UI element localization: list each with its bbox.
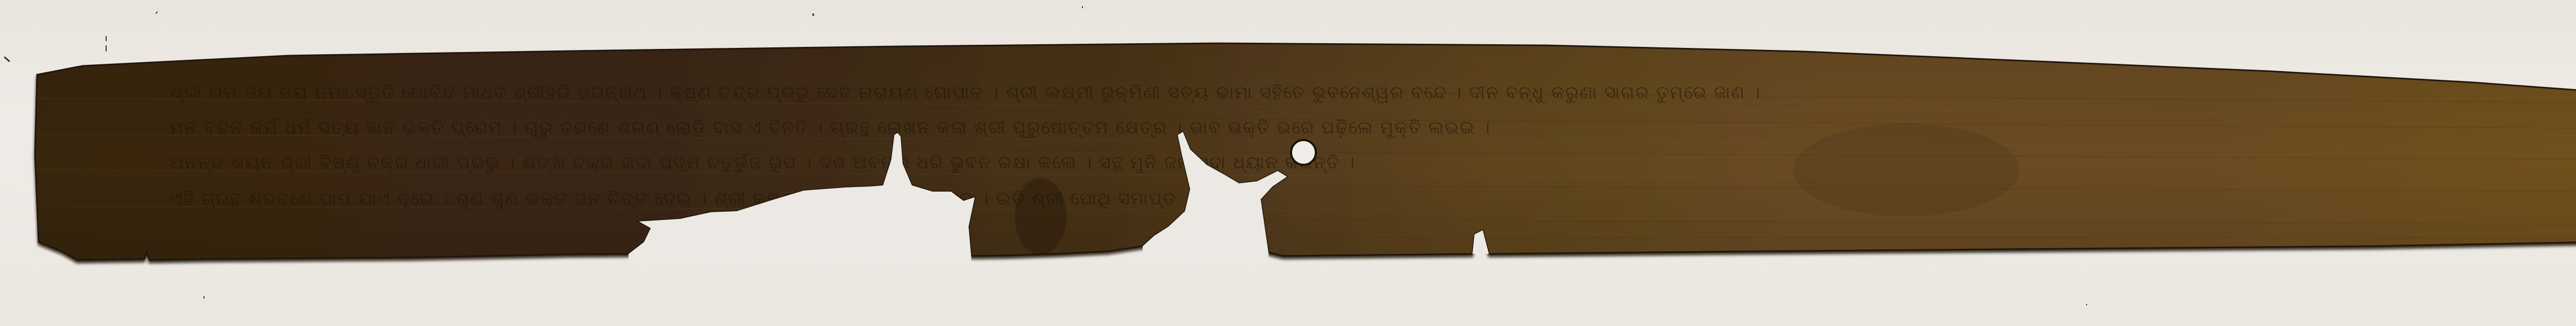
palm-leaf (0, 0, 2576, 326)
binding-hole (1291, 140, 1316, 165)
manuscript-photo: ଶ୍ରୀ ରାମ ଜୟ ଜୟ ନମଃ ସ୍ତୁତି ଗୋବିନ୍ଦ ମାଧବ ଶ… (0, 0, 2576, 326)
leaf-texture (0, 0, 2576, 326)
